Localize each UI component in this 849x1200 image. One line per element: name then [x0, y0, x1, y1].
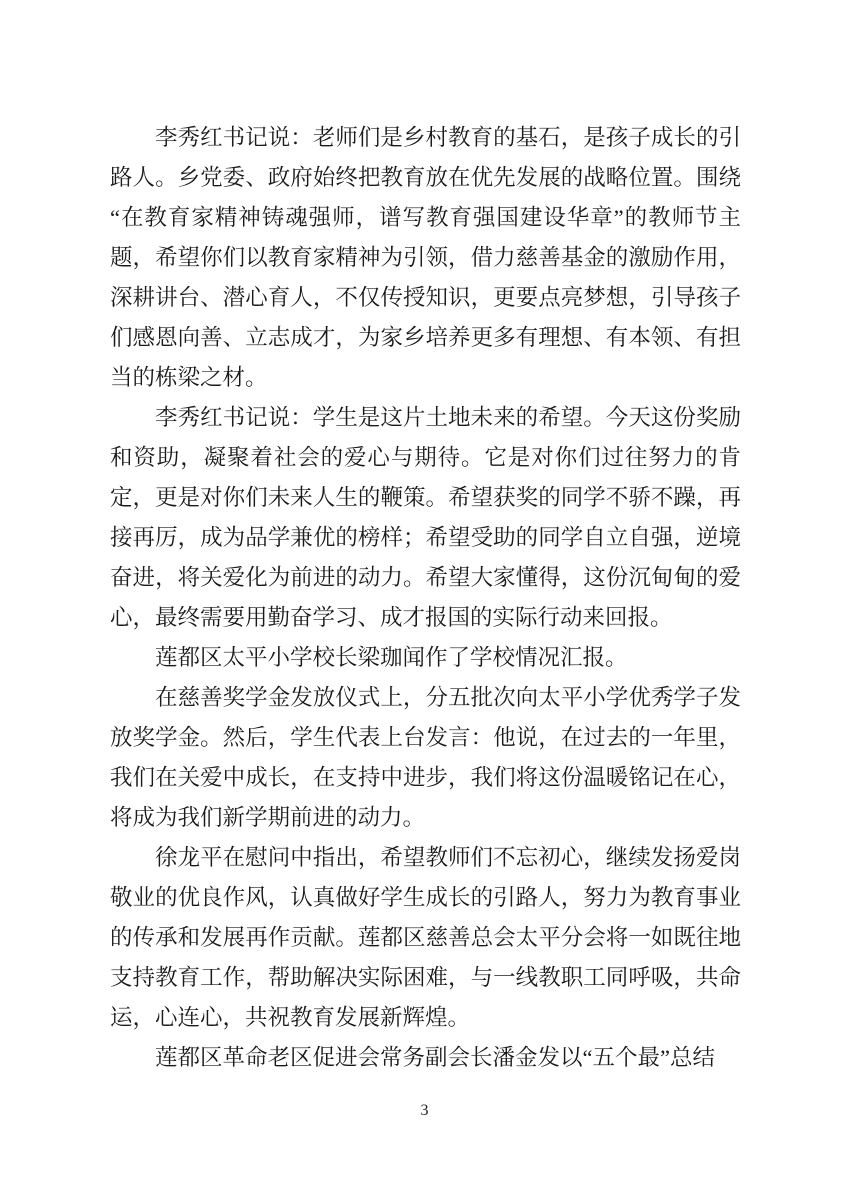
document-page: 李秀红书记说：老师们是乡村教育的基石，是孩子成长的引路人。乡党委、政府始终把教育… [0, 0, 849, 1200]
paragraph: 李秀红书记说：老师们是乡村教育的基石，是孩子成长的引路人。乡党委、政府始终把教育… [110, 118, 741, 398]
page-footer: 3 [0, 1100, 849, 1122]
paragraph: 徐龙平在慰问中指出，希望教师们不忘初心，继续发扬爱岗敬业的优良作风，认真做好学生… [110, 838, 741, 1038]
paragraph: 莲都区革命老区促进会常务副会长潘金发以“五个最”总结 [110, 1038, 741, 1078]
document-body: 李秀红书记说：老师们是乡村教育的基石，是孩子成长的引路人。乡党委、政府始终把教育… [110, 118, 741, 1078]
paragraph: 李秀红书记说：学生是这片土地未来的希望。今天这份奖励和资助，凝聚着社会的爱心与期… [110, 398, 741, 638]
page-number: 3 [421, 1100, 429, 1122]
paragraph: 在慈善奖学金发放仪式上，分五批次向太平小学优秀学子发放奖学金。然后，学生代表上台… [110, 678, 741, 838]
paragraph: 莲都区太平小学校长梁珈闻作了学校情况汇报。 [110, 638, 741, 678]
